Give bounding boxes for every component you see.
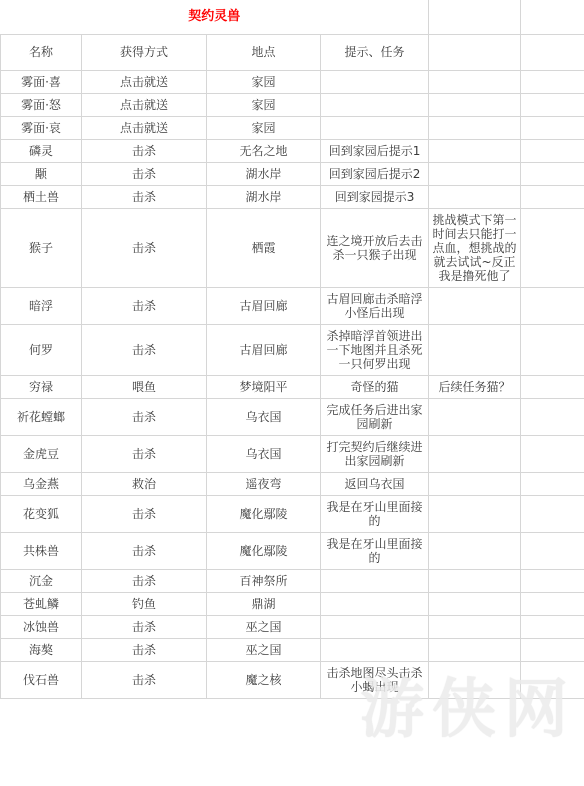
note-cell [429, 615, 521, 638]
beast-row: 颙击杀湖水岸回到家园后提示2 [1, 162, 584, 185]
note-cell: 后续任务猫？ [429, 375, 521, 398]
extra-cell [521, 287, 584, 324]
column-header: 地点 [207, 34, 321, 70]
obtain-method-cell: 击杀 [82, 495, 207, 532]
extra-cell [521, 324, 584, 375]
beast-name-cell: 磷灵 [1, 139, 82, 162]
obtain-method-cell: 救治 [82, 472, 207, 495]
extra-cell [521, 495, 584, 532]
obtain-method-cell: 击杀 [82, 287, 207, 324]
extra-cell [521, 592, 584, 615]
beast-name-cell: 苍虬鳞 [1, 592, 82, 615]
obtain-method-cell: 击杀 [82, 139, 207, 162]
beast-row: 磷灵击杀无名之地回到家园后提示1 [1, 139, 584, 162]
location-cell: 乌衣国 [207, 435, 321, 472]
hint-cell: 回到家园后提示2 [321, 162, 429, 185]
extra-cell [521, 116, 584, 139]
obtain-method-cell: 击杀 [82, 569, 207, 592]
location-cell: 鼎湖 [207, 592, 321, 615]
location-cell: 魔化鄢陵 [207, 532, 321, 569]
obtain-method-cell: 钓鱼 [82, 592, 207, 615]
location-cell: 无名之地 [207, 139, 321, 162]
beast-row: 暗浮击杀古眉回廊古眉回廊击杀暗浮小怪后出现 [1, 287, 584, 324]
beast-name-cell: 雾面·怒 [1, 93, 82, 116]
beast-row: 栖土兽击杀湖水岸回到家园提示3 [1, 185, 584, 208]
title-row-empty-cell [429, 0, 521, 34]
beast-name-cell: 海獒 [1, 638, 82, 661]
hint-cell: 我是在牙山里面接的 [321, 532, 429, 569]
note-cell [429, 324, 521, 375]
title-row-empty-cell [521, 0, 584, 34]
hint-cell: 古眉回廊击杀暗浮小怪后出现 [321, 287, 429, 324]
column-header-row: 名称获得方式地点提示、任务 [1, 34, 584, 70]
location-cell: 家园 [207, 116, 321, 139]
beast-row: 穷禄喂鱼梦境阳平奇怪的猫后续任务猫？ [1, 375, 584, 398]
location-cell: 家园 [207, 70, 321, 93]
hint-cell [321, 116, 429, 139]
beast-row: 伐石兽击杀魔之核击杀地图尽头击杀小蝎出现 [1, 661, 584, 698]
beast-row: 何罗击杀古眉回廊杀掉暗浮首领进出一下地图并且杀死一只何罗出现 [1, 324, 584, 375]
beast-row: 沉金击杀百神祭所 [1, 569, 584, 592]
note-cell [429, 495, 521, 532]
hint-cell: 完成任务后进出家园刷新 [321, 398, 429, 435]
obtain-method-cell: 喂鱼 [82, 375, 207, 398]
location-cell: 古眉回廊 [207, 287, 321, 324]
hint-cell: 杀掉暗浮首领进出一下地图并且杀死一只何罗出现 [321, 324, 429, 375]
note-cell [429, 592, 521, 615]
obtain-method-cell: 击杀 [82, 208, 207, 287]
extra-cell [521, 208, 584, 287]
note-cell [429, 638, 521, 661]
beast-row: 海獒击杀巫之国 [1, 638, 584, 661]
note-cell [429, 185, 521, 208]
beast-name-cell: 花变狐 [1, 495, 82, 532]
extra-cell [521, 375, 584, 398]
location-cell: 遥夜弯 [207, 472, 321, 495]
beast-name-cell: 冰蚀兽 [1, 615, 82, 638]
location-cell: 湖水岸 [207, 162, 321, 185]
obtain-method-cell: 击杀 [82, 615, 207, 638]
beast-name-cell: 雾面·喜 [1, 70, 82, 93]
note-cell [429, 93, 521, 116]
obtain-method-cell: 击杀 [82, 638, 207, 661]
note-cell [429, 532, 521, 569]
extra-cell [521, 472, 584, 495]
obtain-method-cell: 击杀 [82, 532, 207, 569]
column-header: 提示、任务 [321, 34, 429, 70]
note-cell [429, 435, 521, 472]
obtain-method-cell: 击杀 [82, 398, 207, 435]
extra-cell [521, 70, 584, 93]
extra-cell [521, 398, 584, 435]
location-cell: 乌衣国 [207, 398, 321, 435]
note-cell [429, 472, 521, 495]
obtain-method-cell: 击杀 [82, 324, 207, 375]
note-cell [429, 139, 521, 162]
beast-name-cell: 颙 [1, 162, 82, 185]
beast-row: 猴子击杀栖霞连之境开放后去击杀一只猴子出现挑战模式下第一时间去只能打一点血，想挑… [1, 208, 584, 287]
hint-cell: 奇怪的猫 [321, 375, 429, 398]
hint-cell [321, 70, 429, 93]
hint-cell: 返回乌衣国 [321, 472, 429, 495]
obtain-method-cell: 击杀 [82, 185, 207, 208]
location-cell: 巫之国 [207, 638, 321, 661]
location-cell: 百神祭所 [207, 569, 321, 592]
beast-name-cell: 穷禄 [1, 375, 82, 398]
beast-row: 雾面·怒点击就送家园 [1, 93, 584, 116]
hint-cell [321, 93, 429, 116]
beast-name-cell: 暗浮 [1, 287, 82, 324]
extra-cell [521, 435, 584, 472]
obtain-method-cell: 击杀 [82, 661, 207, 698]
beast-name-cell: 沉金 [1, 569, 82, 592]
extra-cell [521, 615, 584, 638]
column-header [429, 34, 521, 70]
beast-name-cell: 伐石兽 [1, 661, 82, 698]
beast-row: 冰蚀兽击杀巫之国 [1, 615, 584, 638]
beast-row: 共株兽击杀魔化鄢陵我是在牙山里面接的 [1, 532, 584, 569]
beast-row: 金虎豆击杀乌衣国打完契约后继续进出家园刷新 [1, 435, 584, 472]
hint-cell [321, 592, 429, 615]
location-cell: 湖水岸 [207, 185, 321, 208]
extra-cell [521, 638, 584, 661]
obtain-method-cell: 点击就送 [82, 116, 207, 139]
beast-name-cell: 金虎豆 [1, 435, 82, 472]
beast-row: 雾面·哀点击就送家园 [1, 116, 584, 139]
obtain-method-cell: 击杀 [82, 435, 207, 472]
note-cell [429, 569, 521, 592]
extra-cell [521, 532, 584, 569]
beast-name-cell: 乌金燕 [1, 472, 82, 495]
extra-cell [521, 139, 584, 162]
extra-cell [521, 93, 584, 116]
page-title: 契约灵兽 [1, 0, 429, 34]
beast-row: 雾面·喜点击就送家园 [1, 70, 584, 93]
location-cell: 魔化鄢陵 [207, 495, 321, 532]
location-cell: 栖霞 [207, 208, 321, 287]
note-cell [429, 70, 521, 93]
column-header: 名称 [1, 34, 82, 70]
hint-cell [321, 638, 429, 661]
hint-cell: 击杀地图尽头击杀小蝎出现 [321, 661, 429, 698]
column-header [521, 34, 584, 70]
location-cell: 巫之国 [207, 615, 321, 638]
hint-cell: 连之境开放后去击杀一只猴子出现 [321, 208, 429, 287]
beast-row: 苍虬鳞钓鱼鼎湖 [1, 592, 584, 615]
extra-cell [521, 569, 584, 592]
beast-name-cell: 雾面·哀 [1, 116, 82, 139]
note-cell [429, 116, 521, 139]
extra-cell [521, 661, 584, 698]
hint-cell: 回到家园提示3 [321, 185, 429, 208]
hint-cell: 回到家园后提示1 [321, 139, 429, 162]
location-cell: 古眉回廊 [207, 324, 321, 375]
beast-row: 乌金燕救治遥夜弯返回乌衣国 [1, 472, 584, 495]
obtain-method-cell: 点击就送 [82, 70, 207, 93]
note-cell [429, 661, 521, 698]
obtain-method-cell: 点击就送 [82, 93, 207, 116]
column-header: 获得方式 [82, 34, 207, 70]
beast-row: 花变狐击杀魔化鄢陵我是在牙山里面接的 [1, 495, 584, 532]
obtain-method-cell: 击杀 [82, 162, 207, 185]
hint-cell [321, 615, 429, 638]
location-cell: 梦境阳平 [207, 375, 321, 398]
beast-name-cell: 何罗 [1, 324, 82, 375]
contract-beast-table: 契约灵兽 名称获得方式地点提示、任务 雾面·喜点击就送家园雾面·怒点击就送家园雾… [0, 0, 584, 699]
note-cell [429, 398, 521, 435]
beast-name-cell: 栖土兽 [1, 185, 82, 208]
beast-name-cell: 猴子 [1, 208, 82, 287]
note-cell: 挑战模式下第一时间去只能打一点血，想挑战的就去试试~反正我是撸死他了 [429, 208, 521, 287]
beast-name-cell: 祈花螳螂 [1, 398, 82, 435]
location-cell: 魔之核 [207, 661, 321, 698]
extra-cell [521, 185, 584, 208]
beast-row: 祈花螳螂击杀乌衣国完成任务后进出家园刷新 [1, 398, 584, 435]
note-cell [429, 287, 521, 324]
extra-cell [521, 162, 584, 185]
hint-cell [321, 569, 429, 592]
note-cell [429, 162, 521, 185]
beast-name-cell: 共株兽 [1, 532, 82, 569]
hint-cell: 我是在牙山里面接的 [321, 495, 429, 532]
location-cell: 家园 [207, 93, 321, 116]
hint-cell: 打完契约后继续进出家园刷新 [321, 435, 429, 472]
title-row: 契约灵兽 [1, 0, 584, 34]
